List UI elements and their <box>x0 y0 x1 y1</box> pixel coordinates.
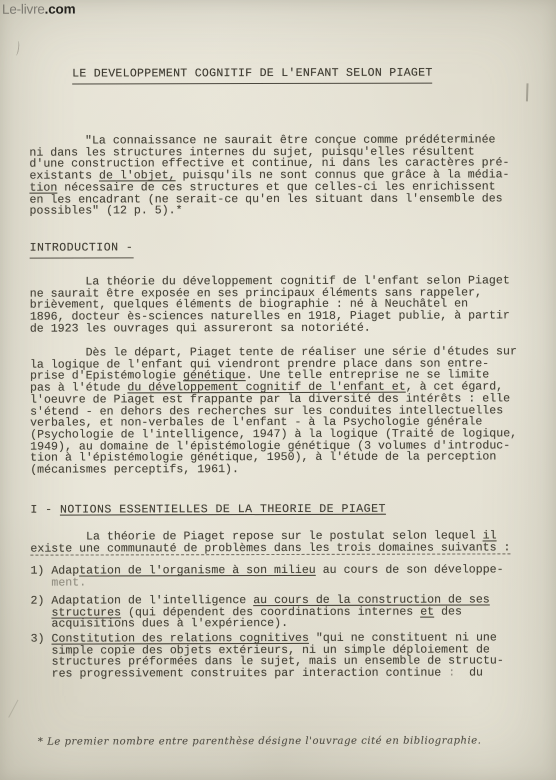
introduction-heading-text: INTRODUCTION - <box>30 241 134 258</box>
section-1-heading: I - NOTIONS ESSENTIELLES DE LA THEORIE D… <box>30 504 386 517</box>
pen-mark-bottom-left <box>8 700 18 718</box>
page-title: LE DEVELOPPEMENT COGNITIF DE L'ENFANT SE… <box>72 63 432 82</box>
page-title-text: LE DEVELOPPEMENT COGNITIF DE L'ENFANT SE… <box>72 67 432 85</box>
list-item-3: 3) Constitution des relations cognitives… <box>31 632 504 680</box>
works-paragraph: Dès le départ, Piaget tente de réaliser … <box>30 346 517 476</box>
introduction-heading: INTRODUCTION - <box>30 242 134 254</box>
pen-mark-top-left <box>13 40 20 56</box>
postulate-paragraph: La théorie de Piaget repose sur le postu… <box>30 530 510 555</box>
pen-mark-right-margin <box>526 83 528 101</box>
list-item-1: 1) Adaptation de l'organisme à son milie… <box>30 564 503 589</box>
watermark-name: Le-livre <box>2 2 45 17</box>
biography-paragraph: La théorie du développement cognitif de … <box>30 275 510 335</box>
document-page: Le-livre.com LE DEVELOPPEMENT COGNITIF D… <box>0 0 556 780</box>
watermark: Le-livre.com <box>2 2 75 17</box>
watermark-tld: .com <box>45 2 76 17</box>
list-item-2: 2) Adaptation de l'intelligence au cours… <box>31 594 490 630</box>
footnote: * Le premier nombre entre parenthèse dés… <box>38 735 482 747</box>
quote-paragraph: "La connaissance ne saurait être conçue … <box>29 134 509 217</box>
